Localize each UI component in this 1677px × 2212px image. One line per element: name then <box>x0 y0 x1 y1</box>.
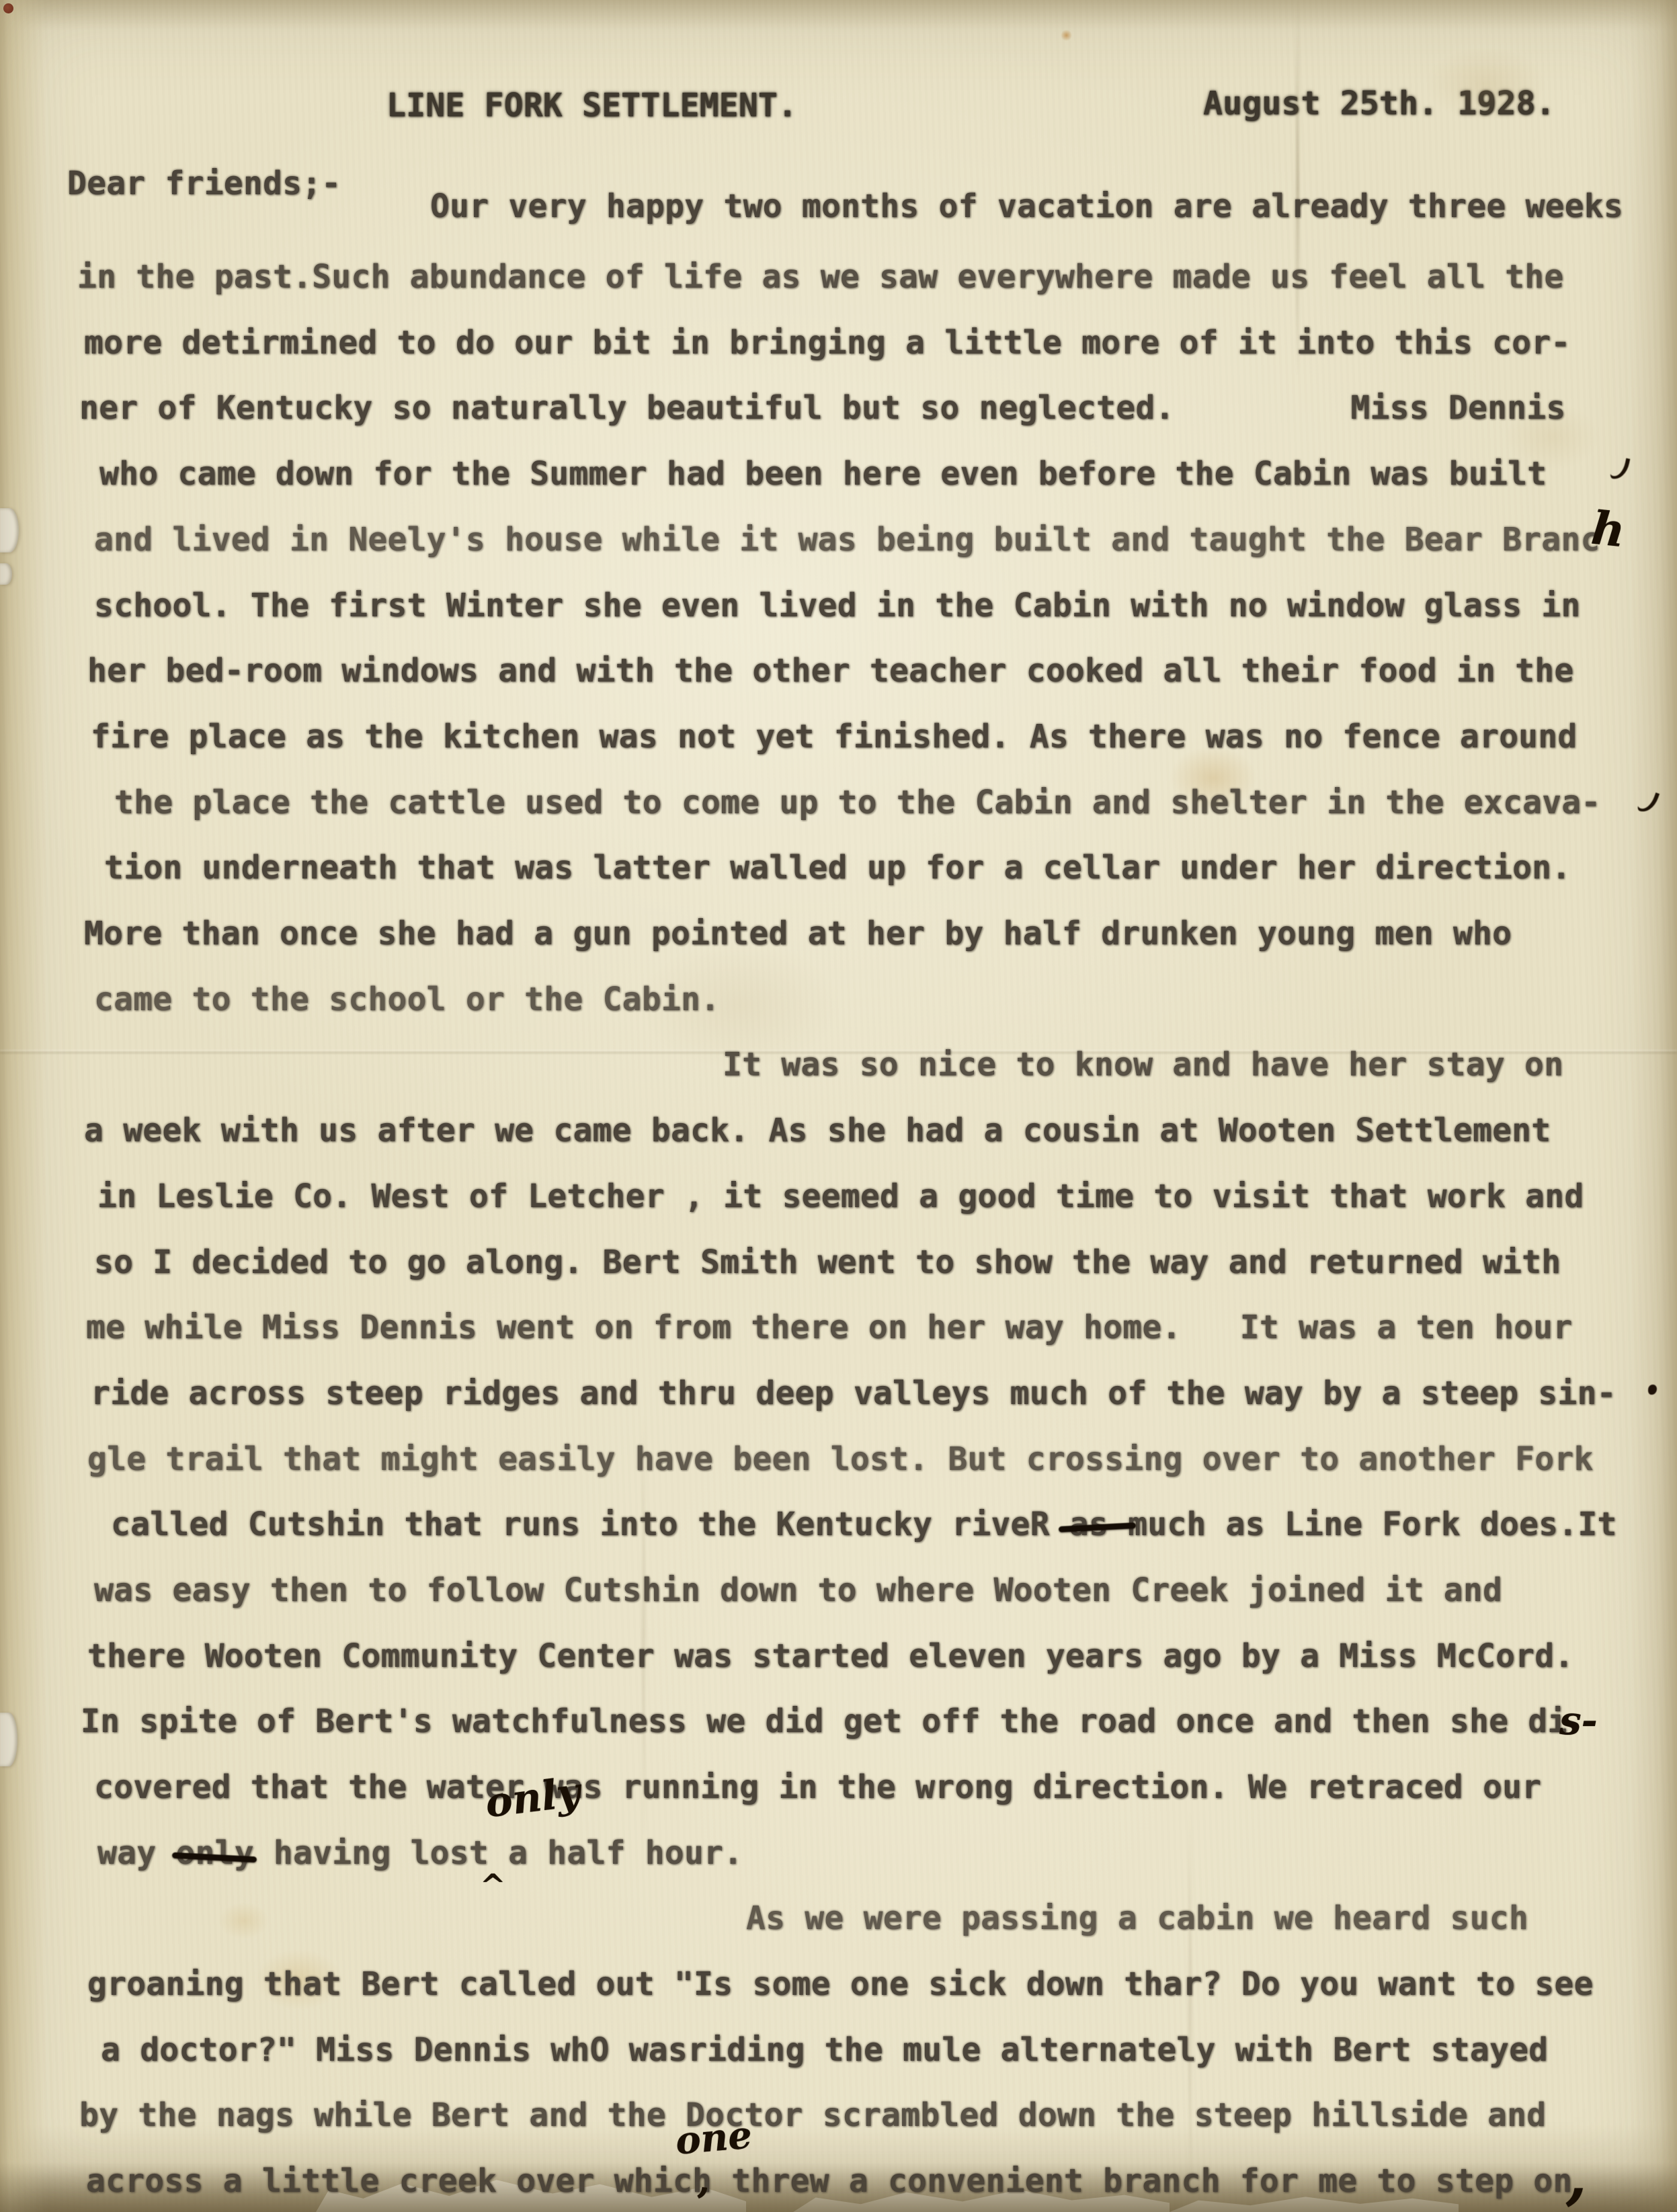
hand-written-one: one <box>673 2113 753 2164</box>
typed-line: Our very happy two months of vacation ar… <box>430 189 1623 224</box>
typed-line: in Leslie Co. West of Letcher , it seeme… <box>97 1179 1584 1215</box>
typed-line: across a little creek over which threw a… <box>86 2164 1572 2199</box>
ink-dot <box>1648 1385 1657 1395</box>
hand-written-h: h <box>1589 501 1628 559</box>
insertion-caret: ^ <box>480 1867 506 1903</box>
typed-line: As we were passing a cabin we heard such <box>746 1901 1528 1936</box>
hand-written-s: s- <box>1559 1698 1598 1744</box>
typed-line: More than once she had a gun pointed at … <box>84 916 1512 952</box>
letter-page: LINE FORK SETTLEMENT. August 25th. 1928.… <box>0 0 1677 2212</box>
hand-written-comma: , <box>1566 2141 1587 2211</box>
typed-line: so I decided to go along. Bert Smith wen… <box>94 1245 1561 1280</box>
paper-stain <box>218 1902 269 1939</box>
typed-line: called Cutshin that runs into the Kentuc… <box>111 1507 1617 1543</box>
paper-edge-chip <box>0 563 12 585</box>
typed-line: a doctor?" Miss Dennis whO wasriding the… <box>101 2033 1548 2068</box>
typed-line: in the past.Such abundance of life as we… <box>77 259 1563 295</box>
letter-heading-date: August 25th. 1928. <box>1203 86 1555 122</box>
typed-line: by the nags while Bert and the Doctor sc… <box>79 2098 1546 2133</box>
typed-line: covered that the water was running in th… <box>94 1770 1541 1805</box>
ink-mark <box>1610 456 1631 481</box>
paper-edge-chip <box>0 1713 17 1766</box>
typed-line: In spite of Bert's watchfulness we did g… <box>81 1704 1567 1739</box>
typed-line: tion underneath that was latter walled u… <box>104 850 1571 886</box>
typed-line: the place the cattle used to come up to … <box>114 785 1600 821</box>
paper-stain <box>1061 30 1072 41</box>
typed-line: ner of Kentucky so naturally beautiful b… <box>79 391 1565 426</box>
typed-line: more detirmined to do our bit in bringin… <box>84 325 1570 361</box>
typed-line: ride across steep ridges and thru deep v… <box>91 1376 1617 1411</box>
typed-line: groaning that Bert called out "Is some o… <box>87 1967 1594 2002</box>
typed-line: there Wooten Community Center was starte… <box>87 1639 1573 1674</box>
typed-line: It was so nice to know and have her stay… <box>723 1047 1563 1083</box>
typed-line: me while Miss Dennis went on from there … <box>86 1310 1572 1346</box>
paper-red-spot <box>3 3 13 13</box>
letter-heading-org: LINE FORK SETTLEMENT. <box>386 88 797 124</box>
paper-crease <box>1188 1808 1192 2212</box>
typed-line: was easy then to follow Cutshin down to … <box>94 1573 1502 1608</box>
ink-mark <box>1637 788 1660 815</box>
typed-line: and lived in Neely's house while it was … <box>94 522 1600 558</box>
typed-line: who came down for the Summer had been he… <box>99 456 1547 492</box>
typed-line: a week with us after we came back. As sh… <box>84 1113 1551 1149</box>
typed-line: her bed-room windows and with the other … <box>87 653 1573 689</box>
typed-line: Dear friends;- <box>67 166 341 202</box>
paper-edge-chip <box>0 508 19 552</box>
typed-line: gle trail that might easily have been lo… <box>87 1442 1594 1477</box>
typed-line: fire place as the kitchen was not yet fi… <box>91 719 1577 755</box>
typed-line: came to the school or the Cabin. <box>94 982 720 1018</box>
typed-line: school. The first Winter she even lived … <box>94 588 1580 624</box>
